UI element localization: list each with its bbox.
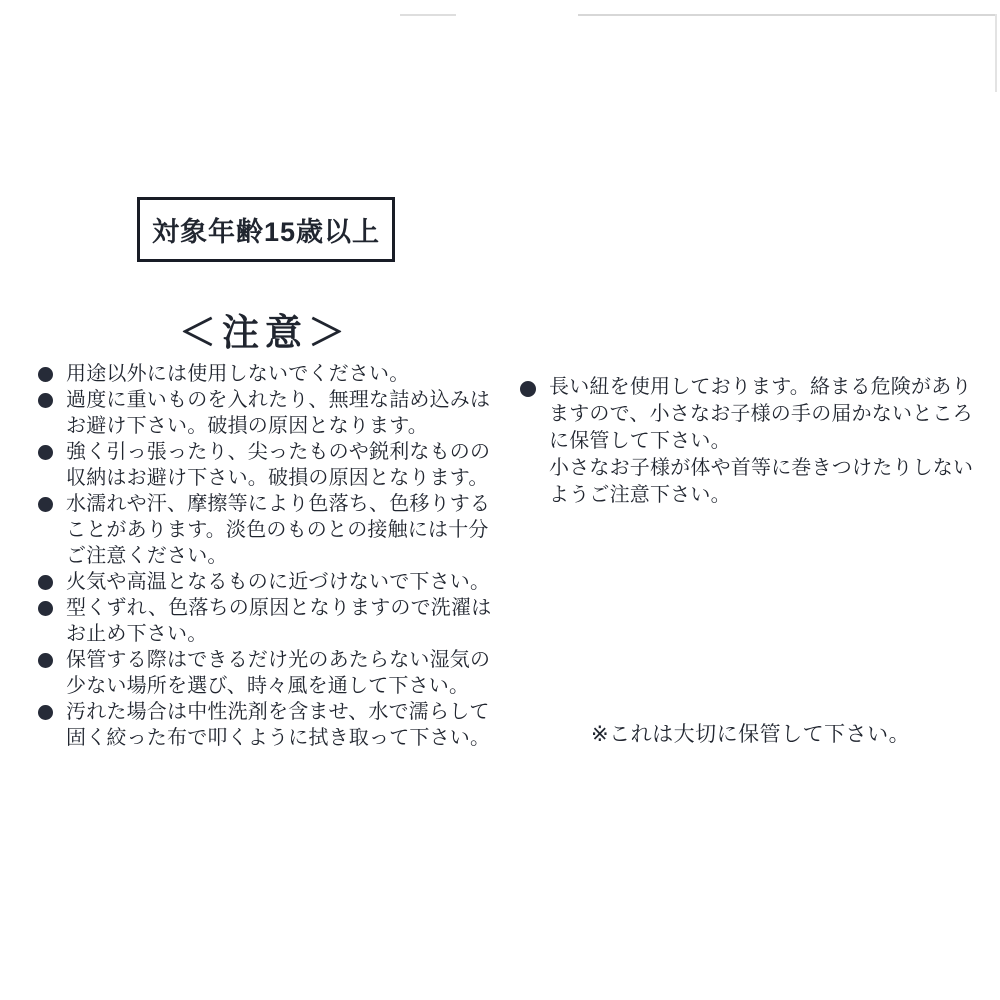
- list-item: 汚れた場合は中性洗剤を含ませ、水で濡らして 固く絞った布で叩くように拭き取って下…: [38, 699, 500, 751]
- bullet-icon: [38, 497, 53, 512]
- bullet-icon: [38, 705, 53, 720]
- bullet-icon: [38, 601, 53, 616]
- list-item: 保管する際はできるだけ光のあたらない湿気の 少ない場所を選び、時々風を通して下さ…: [38, 647, 500, 699]
- scan-artifact-line: [578, 14, 997, 16]
- cord-warning-text: 長い紐を使用しております。絡まる危険があり ますので、小さなお子様の手の届かない…: [549, 374, 973, 509]
- bullet-icon: [38, 575, 53, 590]
- scan-artifact-line: [995, 14, 997, 92]
- list-item-text: 用途以外には使用しないでください。: [66, 361, 409, 387]
- list-item-text: 火気や高温となるものに近づけないで下さい。: [66, 569, 490, 595]
- bullet-icon: [520, 381, 536, 397]
- list-item-text: 過度に重いものを入れたり、無理な詰め込みは お避け下さい。破損の原因となります。: [66, 387, 490, 439]
- caution-heading: ＜注意＞: [38, 302, 492, 356]
- bullet-icon: [38, 445, 53, 460]
- list-item-text: 強く引っ張ったり、尖ったものや鋭利なものの 収納はお避け下さい。破損の原因となり…: [66, 439, 490, 491]
- list-item: 火気や高温となるものに近づけないで下さい。: [38, 569, 500, 595]
- bullet-icon: [38, 367, 53, 382]
- bullet-icon: [38, 653, 53, 668]
- list-item-text: 汚れた場合は中性洗剤を含ませ、水で濡らして 固く絞った布で叩くように拭き取って下…: [66, 699, 490, 751]
- list-item: 水濡れや汗、摩擦等により色落ち、色移りする ことがあります。淡色のものとの接触に…: [38, 491, 500, 569]
- bullet-icon: [38, 393, 53, 408]
- age-restriction-box: 対象年齢15歳以上: [137, 197, 395, 262]
- list-item: 用途以外には使用しないでください。: [38, 361, 500, 387]
- keep-safe-footnote: ※これは大切に保管して下さい。: [591, 718, 910, 748]
- list-item-text: 型くずれ、色落ちの原因となりますので洗濯は お止め下さい。: [66, 595, 491, 647]
- list-item-text: 保管する際はできるだけ光のあたらない湿気の 少ない場所を選び、時々風を通して下さ…: [66, 647, 490, 699]
- age-restriction-label: 対象年齢15歳以上: [152, 210, 380, 249]
- list-item: 過度に重いものを入れたり、無理な詰め込みは お避け下さい。破損の原因となります。: [38, 387, 500, 439]
- list-item-text: 水濡れや汗、摩擦等により色落ち、色移りする ことがあります。淡色のものとの接触に…: [66, 491, 490, 569]
- cord-warning-item: 長い紐を使用しております。絡まる危険があり ますので、小さなお子様の手の届かない…: [520, 374, 982, 509]
- list-item: 型くずれ、色落ちの原因となりますので洗濯は お止め下さい。: [38, 595, 500, 647]
- list-item: 強く引っ張ったり、尖ったものや鋭利なものの 収納はお避け下さい。破損の原因となり…: [38, 439, 500, 491]
- scan-artifact-line: [400, 14, 456, 16]
- caution-list: 用途以外には使用しないでください。 過度に重いものを入れたり、無理な詰め込みは …: [38, 361, 500, 751]
